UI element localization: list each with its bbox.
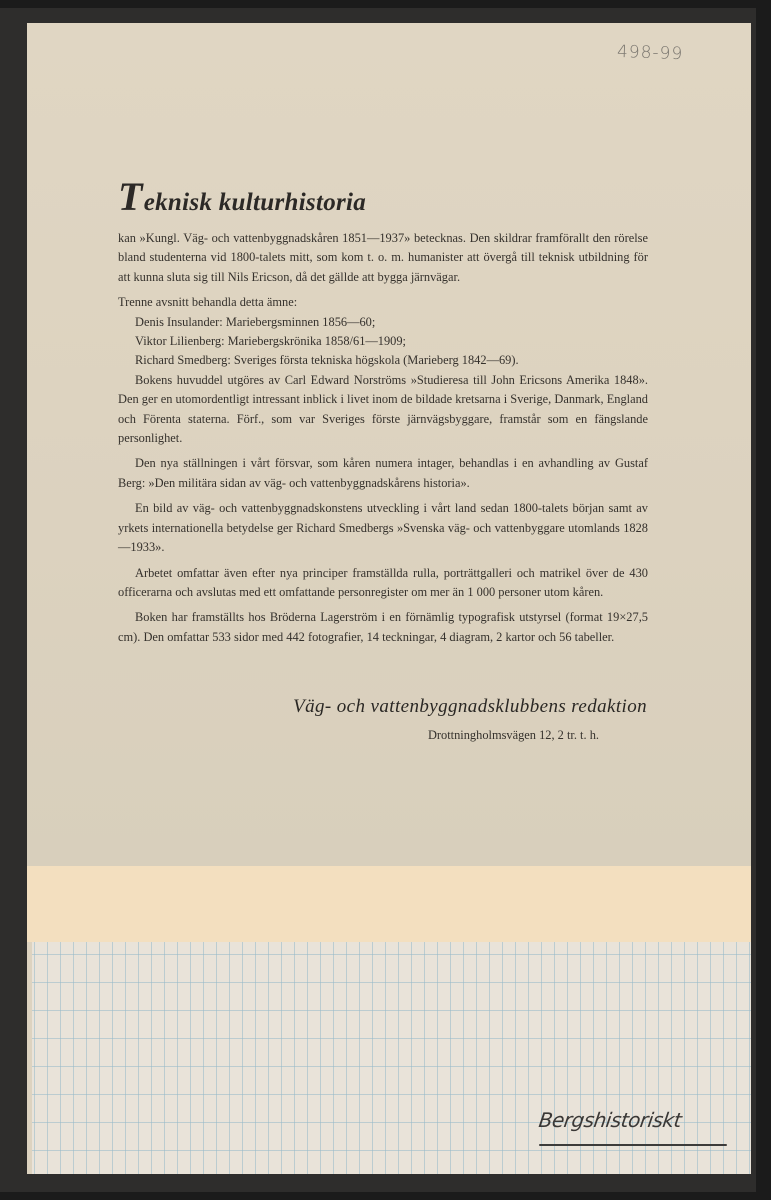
signature: Väg- och vattenbyggnadsklubbens redaktio… [293, 696, 647, 718]
paragraph-defense: Den nya ställningen i vårt försvar, som … [118, 454, 648, 493]
grid-paper-backing [32, 942, 751, 1174]
archive-number: 498-99 [617, 42, 684, 64]
handwritten-underline [539, 1144, 727, 1146]
document-page: 498-99 Teknisk kulturhistoria kan »Kungl… [27, 23, 751, 1174]
title-initial: T [118, 174, 143, 219]
body-text: kan »Kungl. Väg- och vattenbyggnadskåren… [118, 229, 648, 647]
page-title: Teknisk kulturhistoria [118, 173, 366, 220]
paper-band [27, 866, 751, 942]
title-rest: eknisk kulturhistoria [144, 189, 366, 216]
address: Drottningholmsvägen 12, 2 tr. t. h. [428, 728, 599, 743]
intro-paragraph: kan »Kungl. Väg- och vattenbyggnadskåren… [118, 229, 648, 287]
paragraph-register: Arbetet omfattar även efter nya principe… [118, 564, 648, 603]
section-item: Richard Smedberg: Sveriges första teknis… [118, 351, 648, 370]
paragraph-production: Boken har framställts hos Bröderna Lager… [118, 608, 648, 647]
paragraph-development: En bild av väg- och vattenbyggnadskonste… [118, 499, 648, 557]
section-item: Viktor Lilienberg: Mariebergskrönika 185… [118, 332, 648, 351]
handwritten-note: Bergshistoriskt [537, 1108, 683, 1132]
section-item: Denis Insulander: Mariebergsminnen 1856—… [118, 313, 648, 332]
paragraph-main-part: Bokens huvuddel utgöres av Carl Edward N… [118, 371, 648, 449]
sections-intro: Trenne avsnitt behandla detta ämne: [118, 293, 648, 312]
